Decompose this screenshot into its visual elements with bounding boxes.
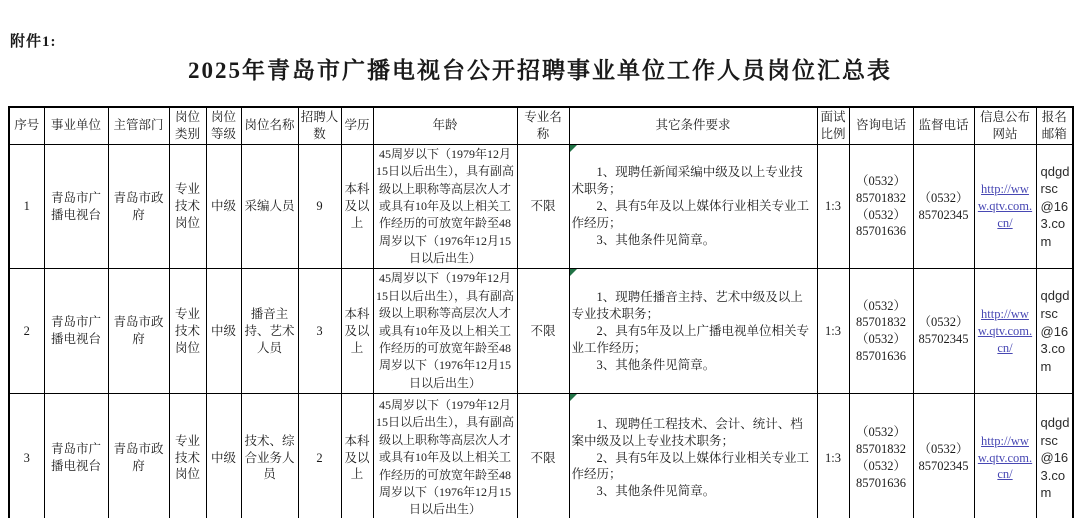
cell-seq: 2: [9, 269, 44, 394]
cell-education: 本科及以上: [341, 269, 373, 394]
col-header-unit: 事业单位: [44, 107, 108, 144]
col-header-department: 主管部门: [108, 107, 169, 144]
cell-supervision-phone: （0532） 85702345: [913, 394, 974, 518]
cell-inquiry-phone: （0532） 85701832 （0532） 85701636: [849, 394, 913, 518]
cell-post-category: 专业技术岗位: [169, 269, 206, 394]
requirement-item: 2、具有5年及以上广播电视单位相关专业工作经历；: [572, 323, 815, 357]
col-header-headcount: 招聘人数: [298, 107, 341, 144]
col-header-interview-ratio: 面试比例: [817, 107, 849, 144]
positions-table: 序号 事业单位 主管部门 岗位类别 岗位等级 岗位名称 招聘人数 学历 年龄 专…: [8, 106, 1074, 518]
cell-post-name: 采编人员: [241, 144, 298, 269]
cell-email: qdgdrsc@163.com: [1036, 144, 1073, 269]
cell-headcount: 9: [298, 144, 341, 269]
cell-other-requirements: 1、现聘任播音主持、艺术中级及以上专业技术职务； 2、具有5年及以上广播电视单位…: [569, 269, 817, 394]
col-header-education: 学历: [341, 107, 373, 144]
cell-seq: 3: [9, 394, 44, 518]
requirement-item: 1、现聘任新闻采编中级及以上专业技术职务；: [572, 164, 815, 198]
cell-education: 本科及以上: [341, 144, 373, 269]
col-header-inquiry-phone: 咨询电话: [849, 107, 913, 144]
cell-corner-flag-icon: [570, 394, 577, 401]
cell-major: 不限: [517, 144, 569, 269]
col-header-other-requirements: 其它条件要求: [569, 107, 817, 144]
cell-unit: 青岛市广播电视台: [44, 394, 108, 518]
cell-post-category: 专业技术岗位: [169, 394, 206, 518]
cell-unit: 青岛市广播电视台: [44, 269, 108, 394]
col-header-post-category: 岗位类别: [169, 107, 206, 144]
cell-supervision-phone: （0532） 85702345: [913, 269, 974, 394]
requirement-item: 1、现聘任工程技术、会计、统计、档案中级及以上专业技术职务；: [572, 416, 815, 450]
cell-website: http://www.qtv.com.cn/: [974, 144, 1036, 269]
website-link[interactable]: http://www.qtv.com.cn/: [978, 182, 1032, 230]
attachment-label: 附件1:: [10, 30, 57, 51]
cell-major: 不限: [517, 394, 569, 518]
cell-other-requirements: 1、现聘任新闻采编中级及以上专业技术职务； 2、具有5年及以上媒体行业相关专业工…: [569, 144, 817, 269]
cell-age: 45周岁以下（1979年12月15日以后出生），具有副高级以上职称等高层次人才或…: [373, 144, 517, 269]
col-header-major: 专业名称: [517, 107, 569, 144]
cell-corner-flag-icon: [570, 269, 577, 276]
header-row: 序号 事业单位 主管部门 岗位类别 岗位等级 岗位名称 招聘人数 学历 年龄 专…: [9, 107, 1073, 144]
cell-inquiry-phone: （0532） 85701832 （0532） 85701636: [849, 144, 913, 269]
cell-email: qdgdrsc@163.com: [1036, 269, 1073, 394]
cell-major: 不限: [517, 269, 569, 394]
cell-unit: 青岛市广播电视台: [44, 144, 108, 269]
col-header-post-level: 岗位等级: [206, 107, 241, 144]
cell-inquiry-phone: （0532） 85701832 （0532） 85701636: [849, 269, 913, 394]
cell-supervision-phone: （0532） 85702345: [913, 144, 974, 269]
cell-interview-ratio: 1:3: [817, 144, 849, 269]
requirement-item: 2、具有5年及以上媒体行业相关专业工作经历；: [572, 198, 815, 232]
table-row: 3 青岛市广播电视台 青岛市政府 专业技术岗位 中级 技术、综合业务人员 2 本…: [9, 394, 1073, 518]
col-header-seq: 序号: [9, 107, 44, 144]
cell-email: qdgdrsc@163.com: [1036, 394, 1073, 518]
requirement-item: 3、其他条件见简章。: [572, 483, 815, 500]
table-row: 1 青岛市广播电视台 青岛市政府 专业技术岗位 中级 采编人员 9 本科及以上 …: [9, 144, 1073, 269]
col-header-post-name: 岗位名称: [241, 107, 298, 144]
requirement-item: 1、现聘任播音主持、艺术中级及以上专业技术职务；: [572, 289, 815, 323]
cell-post-level: 中级: [206, 269, 241, 394]
cell-post-name: 技术、综合业务人员: [241, 394, 298, 518]
cell-department: 青岛市政府: [108, 144, 169, 269]
cell-department: 青岛市政府: [108, 394, 169, 518]
page-title: 2025年青岛市广播电视台公开招聘事业单位工作人员岗位汇总表: [0, 52, 1080, 85]
cell-headcount: 2: [298, 394, 341, 518]
requirement-item: 3、其他条件见简章。: [572, 232, 815, 249]
cell-post-category: 专业技术岗位: [169, 144, 206, 269]
cell-interview-ratio: 1:3: [817, 269, 849, 394]
col-header-website: 信息公布网站: [974, 107, 1036, 144]
cell-website: http://www.qtv.com.cn/: [974, 394, 1036, 518]
col-header-supervision-phone: 监督电话: [913, 107, 974, 144]
cell-interview-ratio: 1:3: [817, 394, 849, 518]
cell-post-level: 中级: [206, 394, 241, 518]
requirement-item: 3、其他条件见简章。: [572, 357, 815, 374]
cell-corner-flag-icon: [570, 145, 577, 152]
requirement-item: 2、具有5年及以上媒体行业相关专业工作经历；: [572, 450, 815, 484]
website-link[interactable]: http://www.qtv.com.cn/: [978, 307, 1032, 355]
cell-post-level: 中级: [206, 144, 241, 269]
col-header-email: 报名邮箱: [1036, 107, 1073, 144]
website-link[interactable]: http://www.qtv.com.cn/: [978, 434, 1032, 482]
cell-website: http://www.qtv.com.cn/: [974, 269, 1036, 394]
cell-age: 45周岁以下（1979年12月15日以后出生），具有副高级以上职称等高层次人才或…: [373, 269, 517, 394]
cell-education: 本科及以上: [341, 394, 373, 518]
cell-seq: 1: [9, 144, 44, 269]
cell-age: 45周岁以下（1979年12月15日以后出生），具有副高级以上职称等高层次人才或…: [373, 394, 517, 518]
table-row: 2 青岛市广播电视台 青岛市政府 专业技术岗位 中级 播音主持、艺术人员 3 本…: [9, 269, 1073, 394]
cell-department: 青岛市政府: [108, 269, 169, 394]
page: 附件1: 2025年青岛市广播电视台公开招聘事业单位工作人员岗位汇总表 序号 事…: [0, 0, 1080, 518]
cell-other-requirements: 1、现聘任工程技术、会计、统计、档案中级及以上专业技术职务； 2、具有5年及以上…: [569, 394, 817, 518]
cell-headcount: 3: [298, 269, 341, 394]
col-header-age: 年龄: [373, 107, 517, 144]
cell-post-name: 播音主持、艺术人员: [241, 269, 298, 394]
